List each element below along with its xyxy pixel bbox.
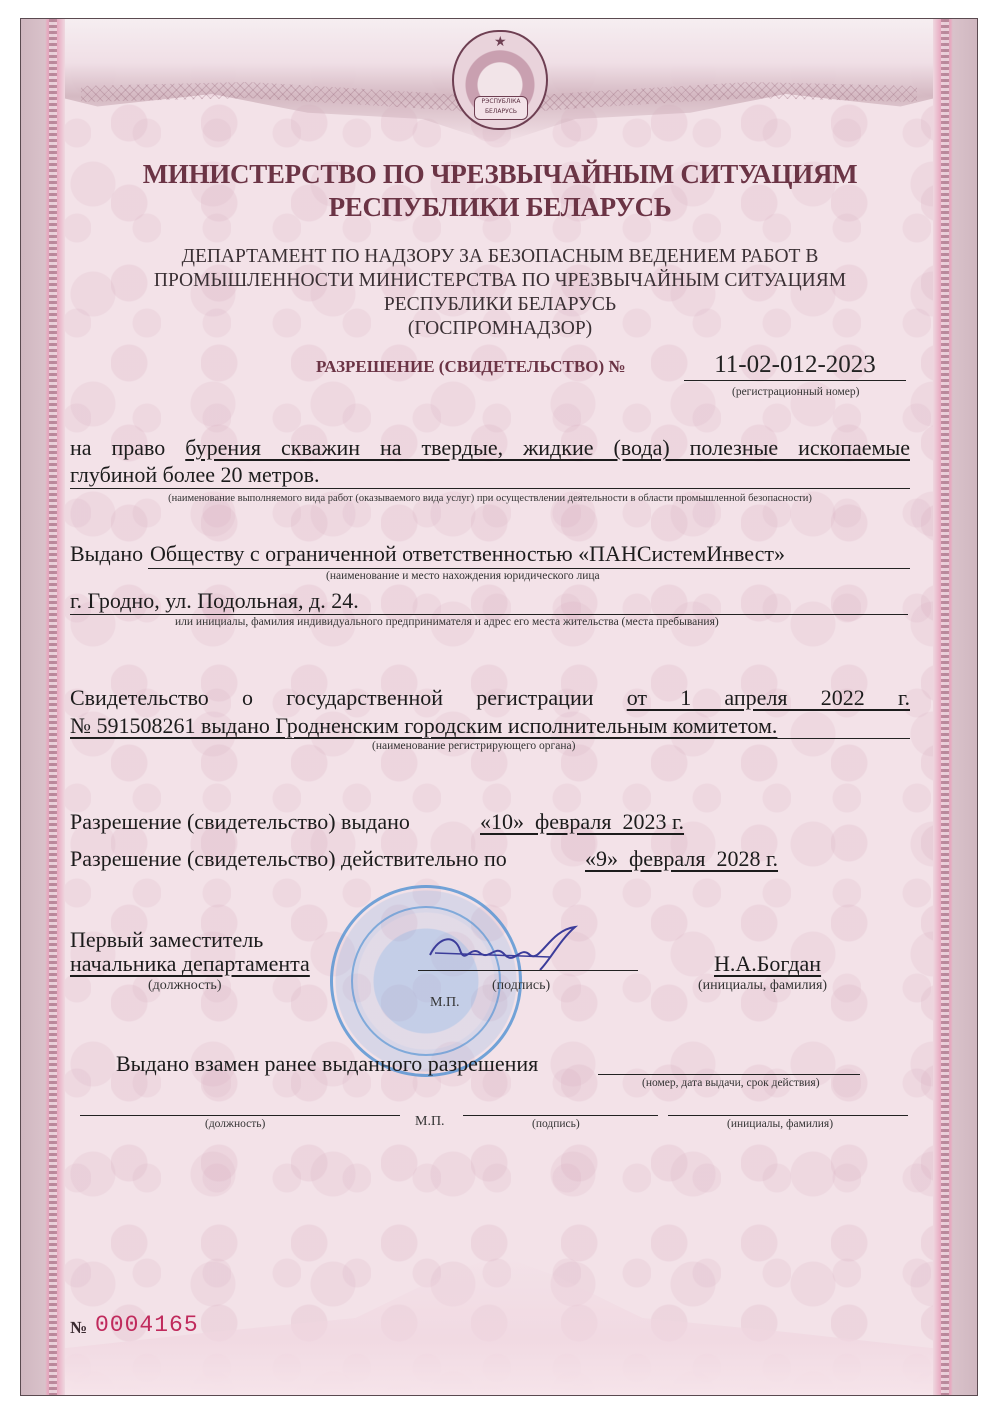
seal-label: М.П. (430, 995, 460, 1011)
valid-until-label: Разрешение (свидетельство) действительно… (70, 845, 507, 873)
right-to-line1: на право бурения скважин на твердые, жид… (70, 434, 910, 462)
permit-number-caption: (регистрационный номер) (732, 386, 859, 398)
replacement-position-caption: (должность) (205, 1118, 265, 1130)
emblem-ribbon: РЭСПУБЛІКА БЕЛАРУСЬ (474, 96, 528, 120)
replacement-position-line (80, 1115, 400, 1116)
issued-to-underline (148, 568, 910, 569)
left-border-ornament (21, 19, 65, 1395)
signatory-name: Н.А.Богдан (714, 950, 821, 978)
replacement-signature-caption: (подпись) (532, 1118, 580, 1130)
issued-date-label: Разрешение (свидетельство) выдано (70, 808, 410, 836)
signature (410, 925, 590, 975)
registration-underline (70, 738, 910, 739)
serial-prefix: № (70, 1318, 87, 1338)
right-border-ornament (933, 19, 977, 1395)
issued-to-address: г. Гродно, ул. Подольная, д. 24. (70, 587, 359, 615)
name-caption: (инициалы, фамилия) (698, 978, 827, 994)
valid-until-value: «9» февраля 2028 г. (585, 845, 778, 873)
address-underline (70, 614, 908, 615)
permit-title: РАЗРЕШЕНИЕ (СВИДЕТЕЛЬСТВО) № (316, 357, 625, 377)
replacement-signature-line (463, 1115, 658, 1116)
department-heading: ДЕПАРТАМЕНТ ПО НАДЗОРУ ЗА БЕЗОПАСНЫМ ВЕД… (0, 245, 1000, 341)
right-to-caption: (наименование выполняемого вида работ (о… (70, 493, 910, 504)
replacement-underline (598, 1074, 860, 1075)
coat-of-arms-icon: ★ РЭСПУБЛІКА БЕЛАРУСЬ (452, 30, 548, 130)
position-caption: (должность) (148, 978, 221, 994)
right-to-line2: глубиной более 20 метров. (70, 461, 319, 489)
registration-line1: Свидетельство о государственной регистра… (70, 684, 910, 712)
issued-to-name: Обществу с ограниченной ответственностью… (150, 540, 785, 568)
replacement-caption: (номер, дата выдачи, срок действия) (642, 1077, 820, 1089)
registration-line2: № 591508261 выдано Гродненским городским… (70, 712, 777, 740)
replacement-name-caption: (инициалы, фамилия) (727, 1118, 833, 1130)
right-to-underline (70, 488, 910, 489)
signature-line (418, 970, 638, 971)
serial-number: 0004165 (95, 1312, 199, 1338)
signatory-position: Первый заместитель начальника департамен… (70, 928, 310, 976)
issued-date-value: «10» февраля 2023 г. (480, 808, 684, 836)
replacement-seal-label: М.П. (415, 1114, 445, 1130)
issued-to-caption2: или инициалы, фамилия индивидуального пр… (175, 616, 719, 628)
issued-to-caption1: (наименование и место нахождения юридиче… (326, 570, 600, 582)
replacement-label: Выдано взамен ранее выданного разрешения (116, 1050, 538, 1078)
star-icon: ★ (494, 36, 507, 50)
signature-caption: (подпись) (492, 978, 550, 994)
issued-to-prefix: Выдано (70, 540, 143, 568)
replacement-name-line (668, 1115, 908, 1116)
ministry-heading: МИНИСТЕРСТВО ПО ЧРЕЗВЫЧАЙНЫМ СИТУАЦИЯМ Р… (0, 158, 1000, 224)
permit-number: 11-02-012-2023 (684, 350, 906, 381)
registration-caption: (наименование регистрирующего органа) (372, 740, 575, 752)
